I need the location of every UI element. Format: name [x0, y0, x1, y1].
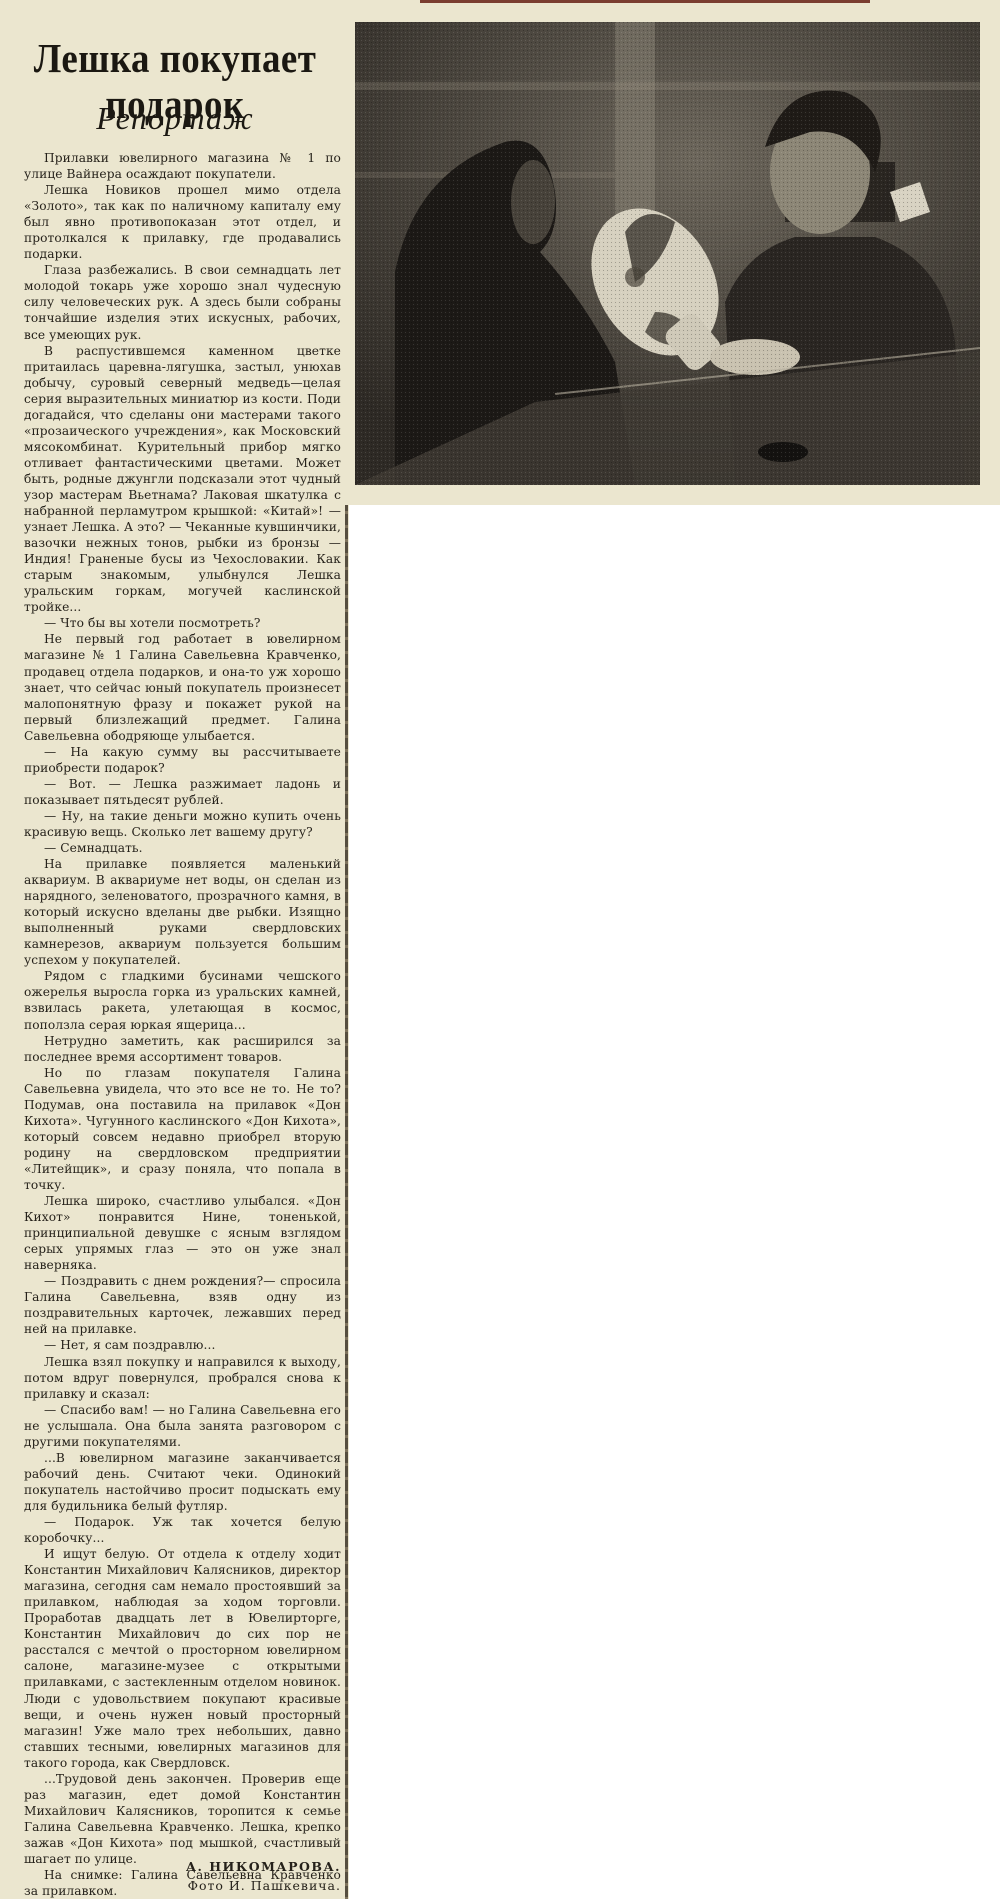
article-paragraph: — Ну, на такие деньги можно купить очень…: [24, 808, 341, 840]
photo-credit: Фото И. Пашкевича.: [24, 1878, 341, 1893]
photo-illustration: [355, 22, 980, 485]
article-paragraph: — Поздравить с днем рождения?— спросила …: [24, 1273, 341, 1337]
article-paragraph: — Что бы вы хотели посмотреть?: [24, 615, 341, 631]
article-photo: [355, 22, 980, 485]
article-paragraph: На прилавке появляется маленький аквариу…: [24, 856, 341, 968]
article-paragraph: — Нет, я сам поздравлю...: [24, 1337, 341, 1353]
article-paragraph: ...Трудовой день закончен. Проверив еще …: [24, 1771, 341, 1867]
article-paragraph: Не первый год работает в ювелирном магаз…: [24, 631, 341, 743]
author-signature: А. НИКОМАРОВА.: [24, 1859, 341, 1874]
article-paragraph: — На какую сумму вы рассчитываете приобр…: [24, 744, 341, 776]
top-rule: [420, 0, 870, 3]
article-paragraph: Рядом с гладкими бусинами чешского ожере…: [24, 968, 341, 1032]
article-paragraph: В распустившемся каменном цветке притаил…: [24, 343, 341, 616]
article-paragraph: И ищут белую. От отдела к отделу ходит К…: [24, 1546, 341, 1771]
clipping-cut-edge: [345, 505, 348, 1899]
article-paragraph: Но по глазам покупателя Галина Савельевн…: [24, 1065, 341, 1193]
article-paragraph: — Спасибо вам! — но Галина Савельевна ег…: [24, 1402, 341, 1450]
article-paragraph: Глаза разбежались. В свои семнадцать лет…: [24, 262, 341, 342]
article-body: Прилавки ювелирного магазина № 1 по улиц…: [24, 150, 341, 1899]
article-paragraph: — Семнадцать.: [24, 840, 341, 856]
article-paragraph: Лешка Новиков прошел мимо отдела «Золото…: [24, 182, 341, 262]
article-paragraph: — Подарок. Уж так хочется белую коробочк…: [24, 1514, 341, 1546]
kicker: Репортаж: [0, 100, 350, 137]
article-paragraph: Лешка широко, счастливо улыбался. «Дон К…: [24, 1193, 341, 1273]
article-paragraph: ...В ювелирном магазине заканчивается ра…: [24, 1450, 341, 1514]
article-paragraph: Прилавки ювелирного магазина № 1 по улиц…: [24, 150, 341, 182]
article-paragraph: — Вот. — Лешка разжимает ладонь и показы…: [24, 776, 341, 808]
article-paragraph: Лешка взял покупку и направился к выходу…: [24, 1354, 341, 1402]
article-paragraph: Нетрудно заметить, как расширился за пос…: [24, 1033, 341, 1065]
